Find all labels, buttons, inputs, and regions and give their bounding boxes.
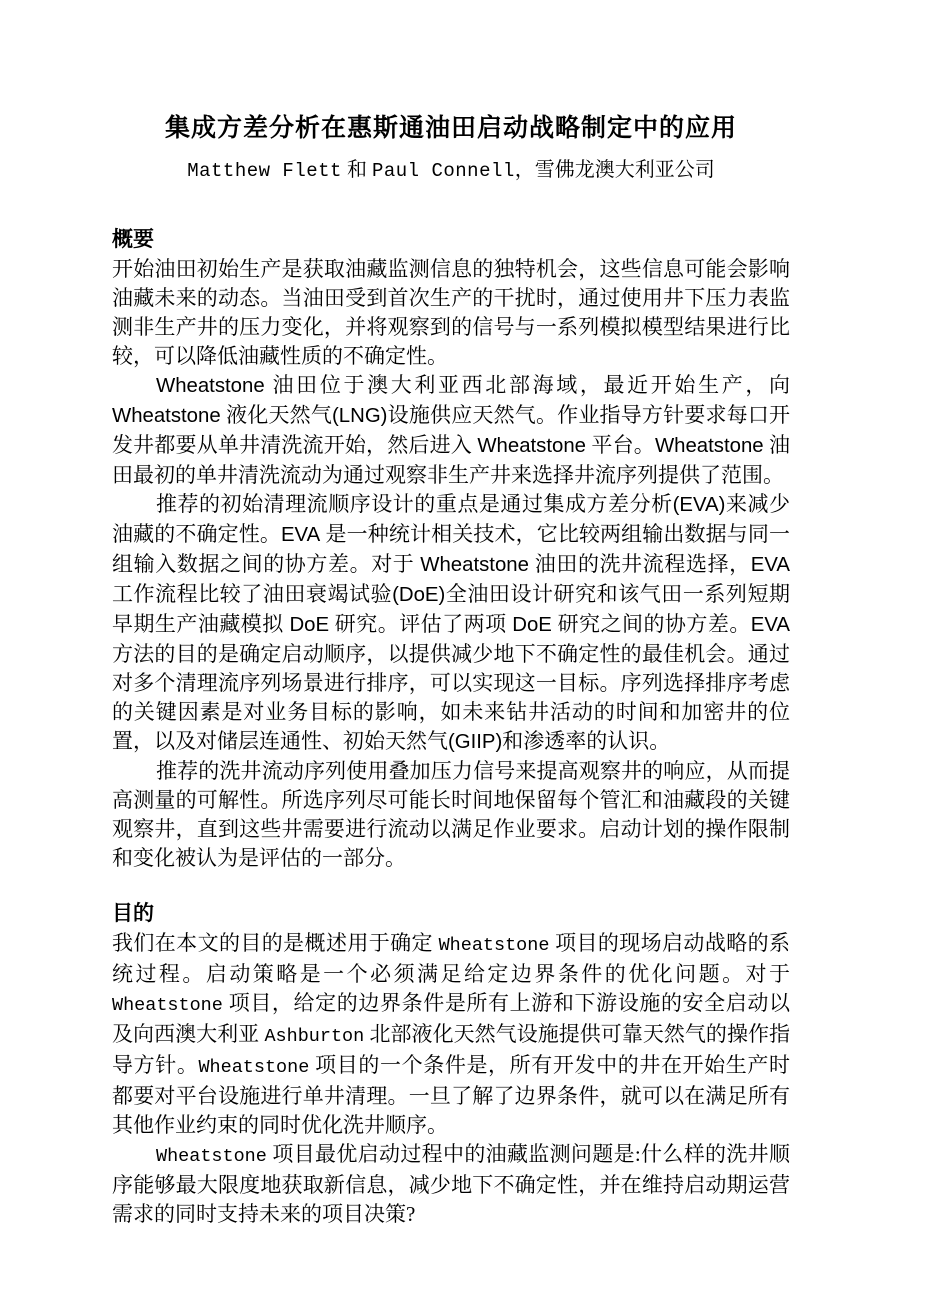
purpose-paragraph-2: Wheatstone 项目最优启动过程中的油藏监测问题是:什么样的洗井顺序能够最… bbox=[112, 1140, 790, 1229]
abstract-paragraph-4: 推荐的洗井流动序列使用叠加压力信号来提高观察井的响应，从而提高测量的可解性。所选… bbox=[112, 757, 790, 873]
text-run: Wheatstone bbox=[477, 435, 586, 457]
section-purpose: 目的 我们在本文的目的是概述用于确定 Wheatstone 项目的现场启动战略的… bbox=[112, 899, 790, 1229]
abstract-heading: 概要 bbox=[112, 225, 790, 255]
text-run: 和渗透率的认识。 bbox=[502, 729, 670, 753]
text-run: EVA bbox=[281, 524, 320, 546]
author-byline: Matthew Flett 和 Paul Connell，雪佛龙澳大利亚公司 bbox=[112, 156, 790, 185]
text-run: (EVA) bbox=[673, 494, 726, 516]
text-run: EVA bbox=[751, 554, 790, 576]
text-run: Wheatstone bbox=[112, 405, 221, 427]
text-run: Ashburton bbox=[264, 1026, 364, 1047]
text-run: Paul Connell bbox=[372, 160, 515, 182]
text-run: (DoE) bbox=[392, 584, 445, 606]
text-run: (LNG) bbox=[332, 405, 387, 427]
text-run: Wheatstone bbox=[156, 375, 265, 397]
text-run: 工作流程比较了油田衰竭试验 bbox=[112, 582, 392, 606]
text-run: 和 bbox=[342, 159, 372, 181]
text-run: 我们在本文的目的是概述用于确定 bbox=[112, 931, 439, 955]
text-run: 研究。评估了两项 bbox=[329, 612, 512, 636]
abstract-paragraph-3: 推荐的初始清理流顺序设计的重点是通过集成方差分析(EVA)来减少油藏的不确定性。… bbox=[112, 490, 790, 757]
text-run: 开始油田初始生产是获取油藏监测信息的独特机会，这些信息可能会影响油藏未来的动态。… bbox=[112, 257, 790, 368]
text-run: EVA bbox=[751, 614, 790, 636]
text-run: ，雪佛龙澳大利亚公司 bbox=[515, 159, 715, 181]
abstract-paragraph-1: 开始油田初始生产是获取油藏监测信息的独特机会，这些信息可能会影响油藏未来的动态。… bbox=[112, 255, 790, 371]
abstract-paragraph-2: Wheatstone 油田位于澳大利亚西北部海域，最近开始生产，向 Wheats… bbox=[112, 371, 790, 490]
text-run: 油田位于澳大利亚西北部海域，最近开始生产，向 bbox=[265, 373, 790, 397]
text-run: DoE bbox=[289, 614, 329, 636]
text-run: 液化天然气 bbox=[221, 403, 332, 427]
text-run: DoE bbox=[512, 614, 552, 636]
text-run: Wheatstone bbox=[156, 1146, 267, 1167]
text-run: 平台。 bbox=[586, 433, 655, 457]
text-run: Wheatstone bbox=[420, 554, 529, 576]
text-run: Wheatstone bbox=[198, 1057, 309, 1078]
text-run: Wheatstone bbox=[112, 995, 223, 1016]
section-abstract: 概要 开始油田初始生产是获取油藏监测信息的独特机会，这些信息可能会影响油藏未来的… bbox=[112, 225, 790, 873]
text-run: Wheatstone bbox=[439, 935, 550, 956]
text-run: (GIIP) bbox=[448, 731, 502, 753]
text-run: Wheatstone bbox=[655, 435, 764, 457]
text-run: 推荐的初始清理流顺序设计的重点是通过集成方差分析 bbox=[156, 492, 673, 516]
text-run: Matthew Flett bbox=[187, 160, 342, 182]
paper-title: 集成方差分析在惠斯通油田启动战略制定中的应用 bbox=[112, 112, 790, 144]
text-run: 研究之间的协方差。 bbox=[552, 612, 751, 636]
text-run: 推荐的洗井流动序列使用叠加压力信号来提高观察井的响应，从而提高测量的可解性。所选… bbox=[112, 759, 790, 870]
text-run: 油田的洗井流程选择， bbox=[529, 552, 751, 576]
purpose-paragraph-1: 我们在本文的目的是概述用于确定 Wheatstone 项目的现场启动战略的系统过… bbox=[112, 929, 790, 1140]
purpose-heading: 目的 bbox=[112, 899, 790, 929]
document-page: 集成方差分析在惠斯通油田启动战略制定中的应用 Matthew Flett 和 P… bbox=[0, 0, 926, 1309]
